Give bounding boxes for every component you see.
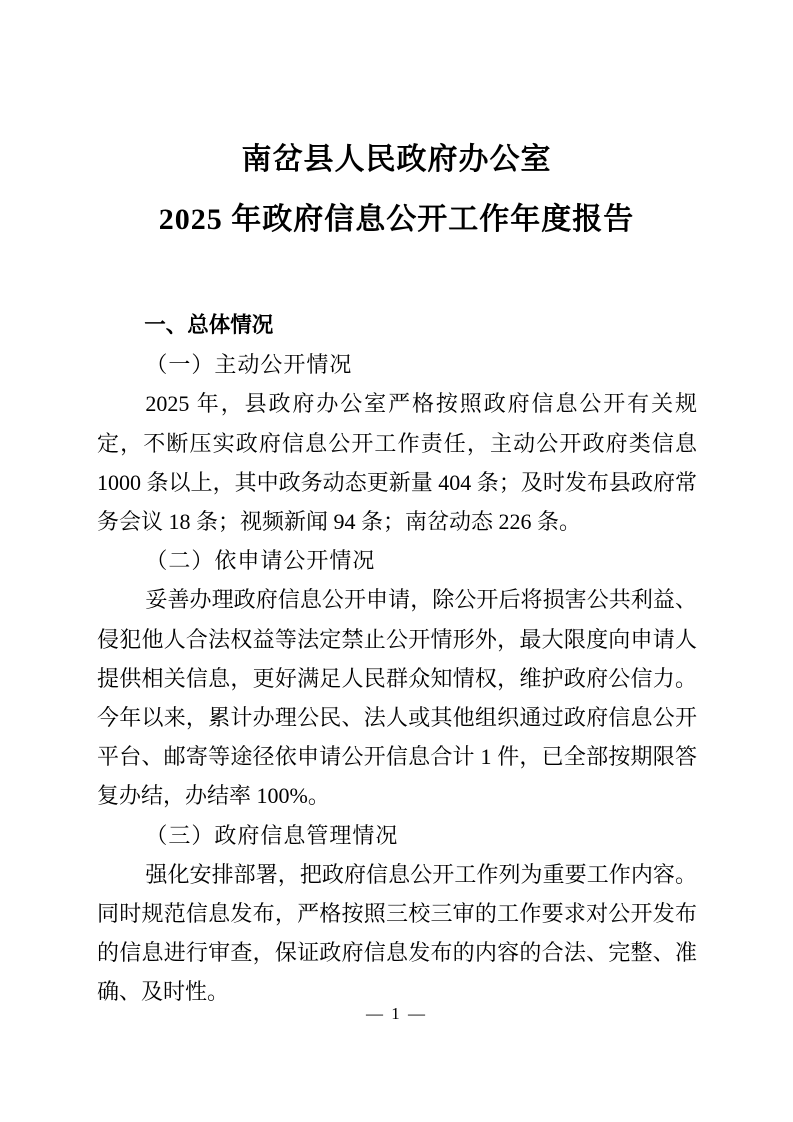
paragraph-information-management: 强化安排部署，把政府信息公开工作列为重要工作内容。同时规范信息发布，严格按照三校… [97, 855, 697, 1012]
document-page: 南岔县人民政府办公室 2025 年政府信息公开工作年度报告 一、总体情况 （一）… [0, 0, 793, 1122]
subsection-heading-information-management: （三）政府信息管理情况 [97, 816, 697, 855]
subsection-heading-proactive-disclosure: （一）主动公开情况 [97, 345, 697, 384]
document-title-block: 南岔县人民政府办公室 2025 年政府信息公开工作年度报告 [0, 143, 793, 237]
paragraph-proactive-disclosure: 2025 年，县政府办公室严格按照政府信息公开有关规定，不断压实政府信息公开工作… [97, 384, 697, 541]
section-heading-overall-situation: 一、总体情况 [97, 306, 697, 345]
document-title-line1: 南岔县人民政府办公室 [0, 143, 793, 177]
document-title-line2: 2025 年政府信息公开工作年度报告 [0, 203, 793, 237]
subsection-heading-disclosure-upon-request: （二）依申请公开情况 [97, 541, 697, 580]
page-number: — 1 — [0, 1002, 793, 1026]
paragraph-disclosure-upon-request: 妥善办理政府信息公开申请，除公开后将损害公共利益、侵犯他人合法权益等法定禁止公开… [97, 580, 697, 815]
document-body: 一、总体情况 （一）主动公开情况 2025 年，县政府办公室严格按照政府信息公开… [97, 306, 697, 1012]
